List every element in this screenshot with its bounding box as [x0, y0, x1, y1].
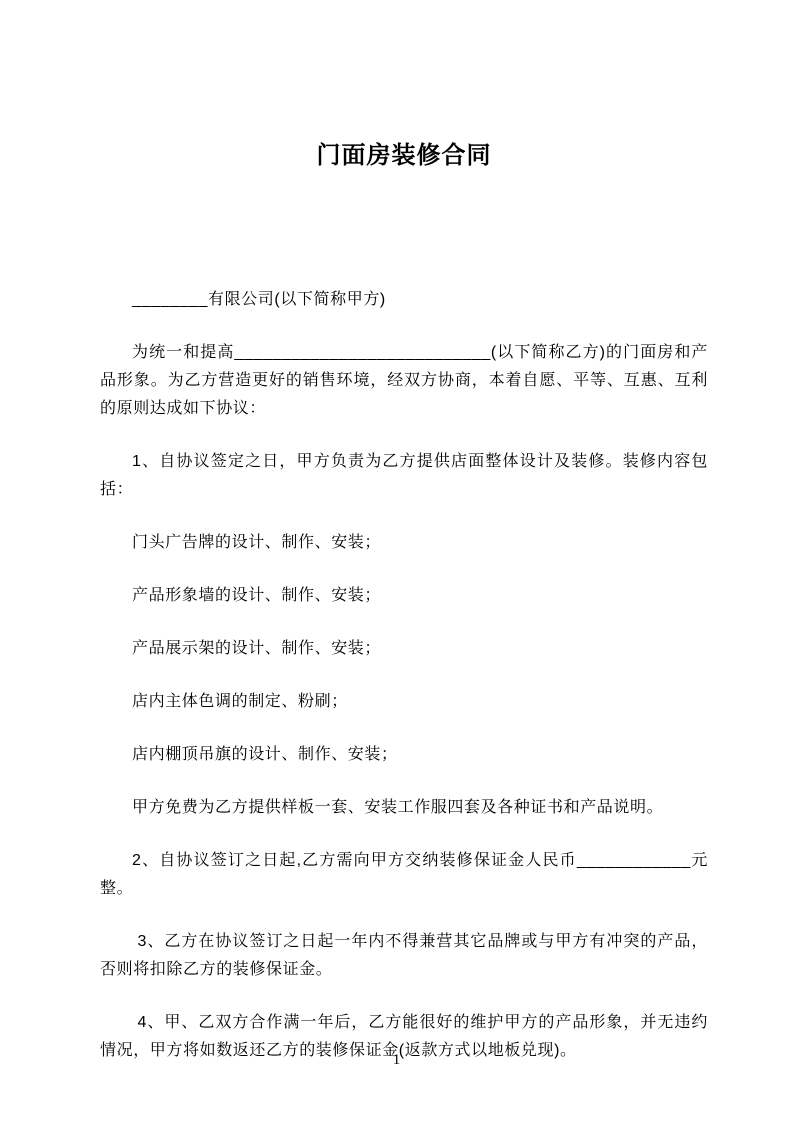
list-item-display-rack: 产品展示架的设计、制作、安装； — [100, 635, 708, 663]
list-item-ceiling-flags: 店内棚顶吊旗的设计、制作、安装； — [100, 741, 708, 769]
paragraph-clause-1: 1、自协议签定之日，甲方负责为乙方提供店面整体设计及装修。装修内容包括： — [100, 448, 708, 504]
list-item-interior-color: 店内主体色调的制定、粉刷； — [100, 688, 708, 716]
document-content: 门面房装修合同 ________有限公司(以下简称甲方) 为统一和提高_____… — [0, 0, 793, 1065]
document-title: 门面房装修合同 — [100, 140, 708, 171]
list-item-storefront-signboard: 门头广告牌的设计、制作、安装； — [100, 529, 708, 557]
paragraph-clause-2: 2、自协议签订之日起,乙方需向甲方交纳装修保证金人民币____________元… — [100, 847, 708, 903]
list-item-product-image-wall: 产品形象墙的设计、制作、安装； — [100, 582, 708, 610]
paragraph-clause-3: 3、乙方在协议签订之日起一年内不得兼营其它品牌或与甲方有冲突的产品，否则将扣除乙… — [100, 928, 708, 984]
paragraph-free-items: 甲方免费为乙方提供样板一套、安装工作服四套及各种证书和产品说明。 — [100, 794, 708, 822]
page-number: 1 — [0, 1050, 793, 1070]
paragraph-party-a: ________有限公司(以下简称甲方) — [100, 286, 708, 314]
paragraph-preamble: 为统一和提高___________________________(以下简称乙方… — [100, 339, 708, 423]
document-page: 门面房装修合同 ________有限公司(以下简称甲方) 为统一和提高_____… — [0, 0, 793, 1122]
